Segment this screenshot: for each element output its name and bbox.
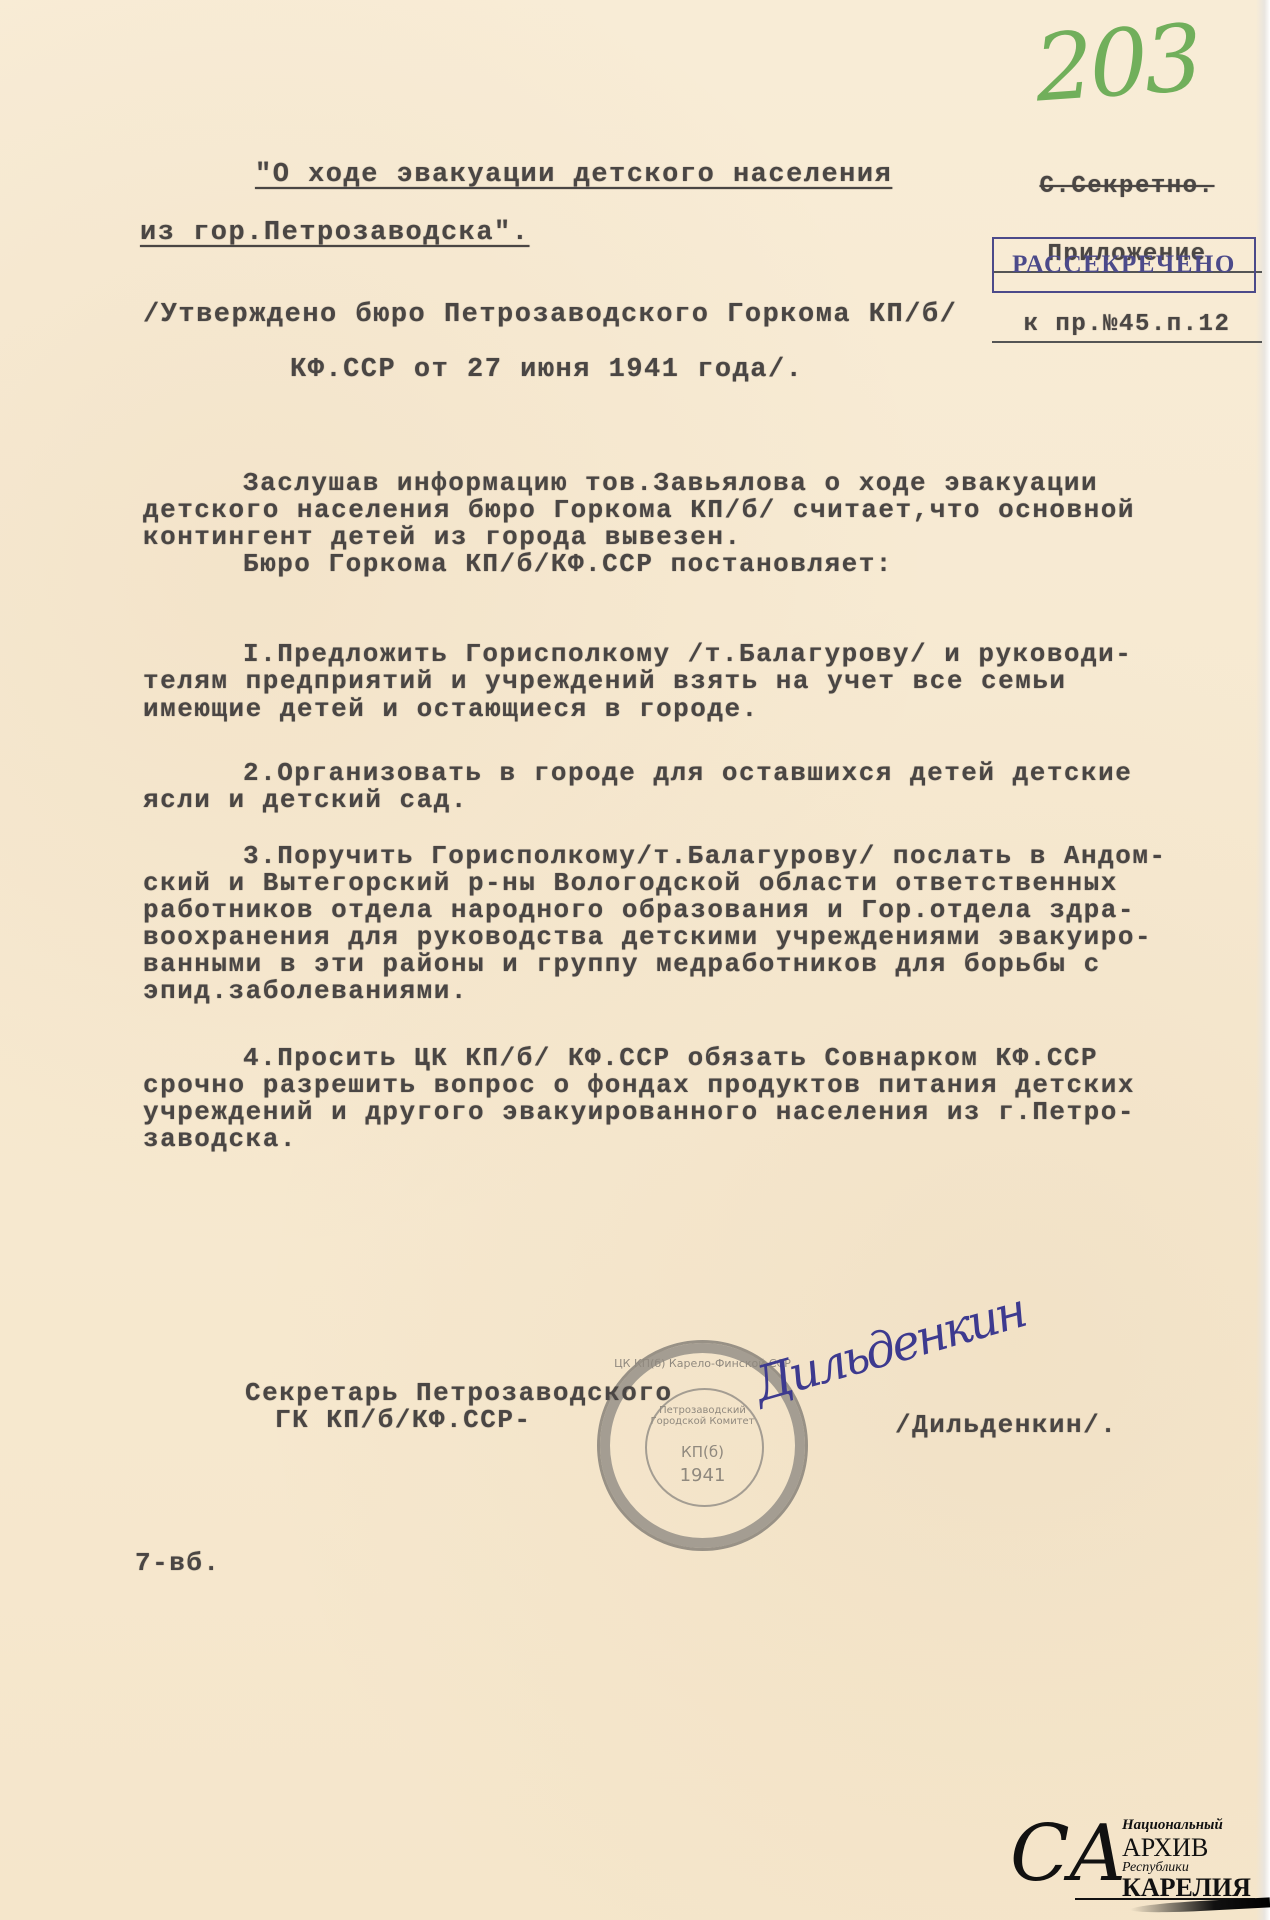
resolution-2-line: ясли и детский сад. [143, 787, 468, 814]
preamble-line: контингент детей из города вывезен. [143, 524, 742, 551]
document-title-line2: из гор.Петрозаводска". [140, 218, 529, 248]
seal-year: 1941 [600, 1465, 805, 1486]
handwritten-signature: Дильденкин [748, 1283, 1031, 1414]
resolution-1-line: I.Предложить Горисполкому /т.Балагурову/… [243, 641, 1132, 668]
resolution-3-line: воохранения для руководства детскими учр… [143, 924, 1152, 951]
resolution-4-line: 4.Просить ЦК КП/б/ КФ.ССР обязать Совнар… [243, 1045, 1098, 1072]
resolution-3-line: эпид.заболеваниями. [143, 978, 468, 1005]
approval-line1: /Утверждено бюро Петрозаводского Горкома… [143, 300, 957, 330]
logo-monogram-icon: CA [1010, 1815, 1126, 1893]
document-title-line1: "О ходе эвакуации детского населения [255, 160, 892, 190]
archive-logo: CA Национальный АРХИВ Республики КАРЕЛИЯ [1010, 1815, 1260, 1915]
seal-center-text: КП(б) [600, 1443, 805, 1461]
resolution-heading: Бюро Горкома КП/б/КФ.ССР постановляет: [243, 551, 893, 578]
signatory-name: /Дильденкин/. [895, 1412, 1117, 1439]
preamble-line: детского населения бюро Горкома КП/б/ сч… [143, 497, 1135, 524]
protocol-reference: к пр.№45.п.12 [992, 309, 1262, 343]
approval-line2: КФ.ССР от 27 июня 1941 года/. [290, 355, 803, 385]
logo-line2: АРХИВ [1122, 1833, 1208, 1863]
resolution-4-line: учреждений и другого эвакуированного нас… [143, 1099, 1135, 1126]
resolution-4-line: заводска. [143, 1126, 297, 1153]
resolution-3-line: работников отдела народного образования … [143, 897, 1135, 924]
document-reference: 7-вб. [135, 1550, 221, 1577]
resolution-1-line: имеющие детей и остающиеся в городе. [143, 696, 759, 723]
resolution-3-line: 3.Поручить Горисполкому/т.Балагурову/ по… [243, 843, 1167, 870]
declassified-stamp: РАССЕКРЕЧЕНО [992, 237, 1256, 293]
resolution-3-line: ский и Вытегорский р-ны Вологодской обла… [143, 870, 1118, 897]
resolution-1-line: телям предприятий и учреждений взять на … [143, 668, 1067, 695]
resolution-3-line: ванными в эти районы и группу медработни… [143, 951, 1101, 978]
resolution-4-line: срочно разрешить вопрос о фондах продукт… [143, 1072, 1135, 1099]
logo-line1: Национальный [1122, 1817, 1223, 1834]
folio-number: 203 [1031, 4, 1202, 122]
signatory-title-line2: ГК КП/б/КФ.ССР- [275, 1407, 532, 1434]
preamble-line: Заслушав информацию тов.Завьялова о ходе… [243, 470, 1098, 497]
secrecy-label: С.Секретно. [992, 171, 1262, 203]
resolution-2-line: 2.Организовать в городе для оставшихся д… [243, 760, 1132, 787]
signatory-title-line1: Секретарь Петрозаводского [245, 1380, 673, 1407]
